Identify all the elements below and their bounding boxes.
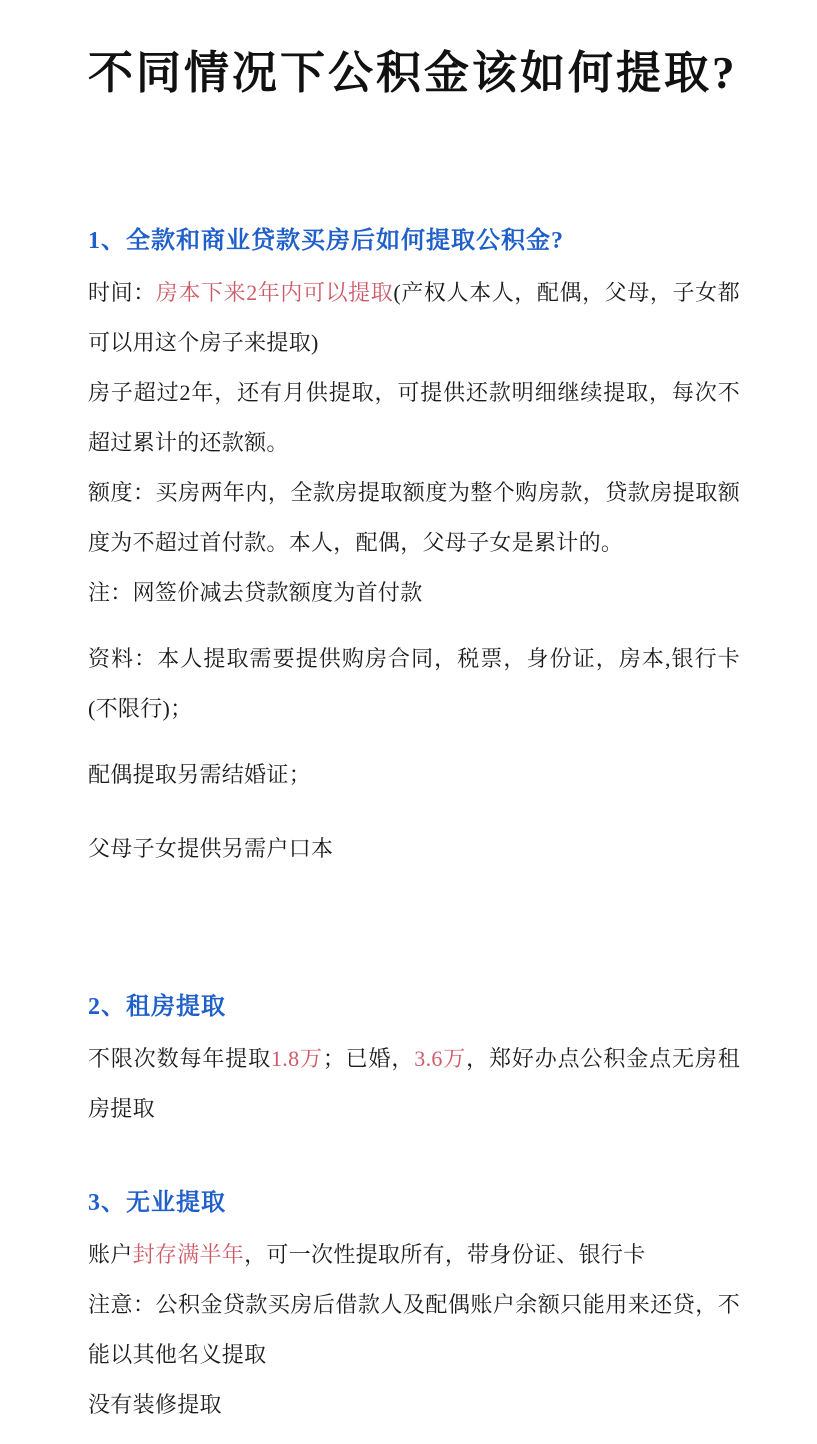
page-title: 不同情况下公积金该如何提取? — [88, 44, 740, 102]
text-run: 注意：公积金贷款买房后借款人及配偶账户余额只能用来还贷，不能以其他名义提取 — [88, 1292, 740, 1367]
paragraph: 不限次数每年提取1.8万；已婚，3.6万，郑好办点公积金点无房租房提取 — [88, 1034, 740, 1134]
paragraph: 注：网签价减去贷款额度为首付款 — [88, 568, 740, 618]
section-2-heading: 2、租房提取 — [88, 990, 740, 1024]
paragraph: 房子超过2年，还有月供提取，可提供还款明细继续提取，每次不超过累计的还款额。 — [88, 368, 740, 468]
text-run: 时间： — [88, 280, 156, 305]
text-run-highlight: 封存满半年 — [133, 1242, 245, 1267]
paragraph: 账户封存满半年，可一次性提取所有，带身份证、银行卡 — [88, 1230, 740, 1280]
section-3-heading: 3、无业提取 — [88, 1186, 740, 1220]
sections-container: 1、全款和商业贷款买房后如何提取公积金?时间：房本下来2年内可以提取(产权人本人… — [88, 224, 740, 1430]
paragraph: 注意：公积金贷款买房后借款人及配偶账户余额只能用来还贷，不能以其他名义提取 — [88, 1280, 740, 1380]
text-run: 父母子女提供另需户口本 — [88, 836, 333, 861]
text-run: 额度：买房两年内，全款房提取额度为整个购房款，贷款房提取额度为不超过首付款。本人… — [88, 480, 740, 555]
section-1-heading: 1、全款和商业贷款买房后如何提取公积金? — [88, 224, 740, 258]
text-run: 账户 — [88, 1242, 133, 1267]
document-page: 不同情况下公积金该如何提取? 1、全款和商业贷款买房后如何提取公积金?时间：房本… — [0, 0, 817, 1444]
text-run: 资料：本人提取需要提供购房合同，税票，身份证，房本,银行卡 (不限行)； — [88, 646, 740, 721]
text-run: 房子超过2年，还有月供提取，可提供还款明细继续提取，每次不超过累计的还款额。 — [88, 380, 740, 455]
paragraph: 配偶提取另需结婚证； — [88, 750, 740, 800]
text-run: 没有装修提取 — [88, 1392, 222, 1417]
text-run-highlight: 房本下来2年内可以提取 — [156, 280, 394, 305]
text-run: 注：网签价减去贷款额度为首付款 — [88, 580, 423, 605]
text-run-highlight: 3.6万 — [414, 1046, 466, 1071]
text-run: 配偶提取另需结婚证； — [88, 762, 311, 787]
paragraph: 父母子女提供另需户口本 — [88, 824, 740, 874]
text-run: 不限次数每年提取 — [88, 1046, 271, 1071]
section-3: 3、无业提取账户封存满半年，可一次性提取所有，带身份证、银行卡注意：公积金贷款买… — [88, 1186, 740, 1430]
paragraph: 没有装修提取 — [88, 1380, 740, 1430]
paragraph: 额度：买房两年内，全款房提取额度为整个购房款，贷款房提取额度为不超过首付款。本人… — [88, 468, 740, 568]
text-run-highlight: 1.8万 — [271, 1046, 323, 1071]
section-2: 2、租房提取不限次数每年提取1.8万；已婚，3.6万，郑好办点公积金点无房租房提… — [88, 990, 740, 1134]
paragraph: 资料：本人提取需要提供购房合同，税票，身份证，房本,银行卡 (不限行)； — [88, 634, 740, 734]
paragraph: 时间：房本下来2年内可以提取(产权人本人，配偶，父母，子女都可以用这个房子来提取… — [88, 268, 740, 368]
text-run: ，可一次性提取所有，带身份证、银行卡 — [244, 1242, 645, 1267]
section-1: 1、全款和商业贷款买房后如何提取公积金?时间：房本下来2年内可以提取(产权人本人… — [88, 224, 740, 874]
text-run: ；已婚， — [323, 1046, 414, 1071]
